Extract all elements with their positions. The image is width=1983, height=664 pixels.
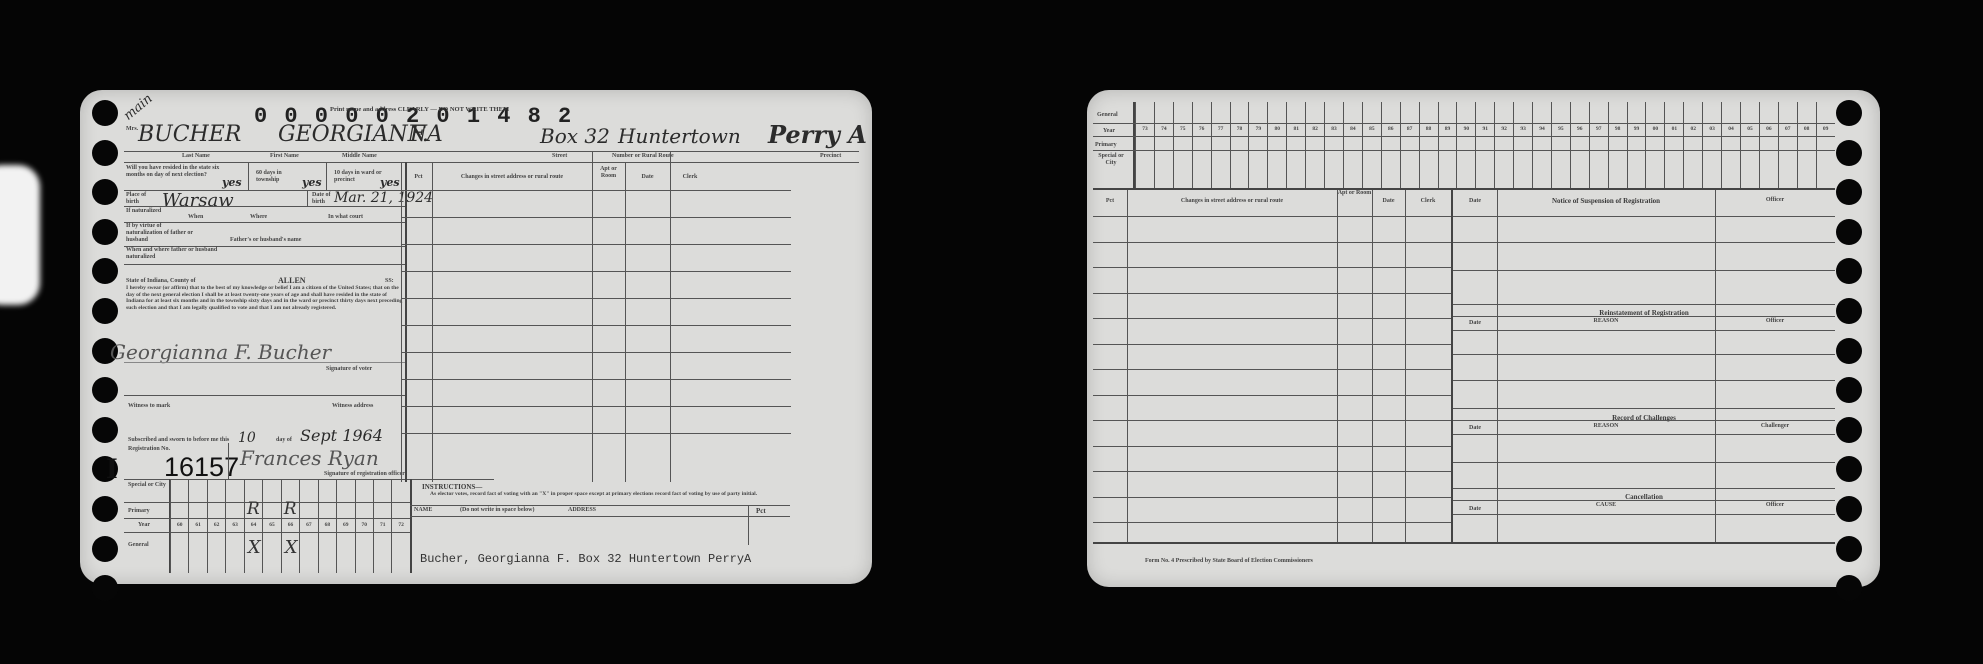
middle-name-label: Middle Name: [342, 153, 377, 160]
date-of-birth-label: Date of birth: [312, 192, 336, 206]
middle-name: F.: [410, 122, 429, 147]
year-column-87: 87: [1400, 102, 1419, 188]
year-column-98: 98: [1608, 102, 1627, 188]
section-row-rule: [1453, 408, 1835, 409]
precinct: Perry A: [768, 120, 867, 149]
year-column-99: 99: [1627, 102, 1646, 188]
subscribed-text: Subscribed and sworn to before me this: [128, 437, 229, 444]
section-row-rule: [1453, 330, 1835, 331]
year-column-09: 09: [1816, 102, 1835, 188]
header-date: Date: [625, 174, 670, 181]
year-column-77: 77: [1211, 102, 1230, 188]
back-header-apt: Apt or Room: [1337, 190, 1372, 197]
table-row-rule: [1093, 420, 1451, 421]
section-row-rule: [1453, 242, 1835, 243]
form-footer: Form No. 4 Prescribed by State Board of …: [1145, 558, 1313, 565]
section-row-rule: [1453, 434, 1835, 435]
witness-address-label: Witness address: [332, 403, 373, 410]
table-row-rule: [1093, 497, 1451, 498]
when-where-naturalized-label: When and where father or husband natural…: [126, 247, 222, 261]
title-prefix: Mrs.: [126, 126, 138, 133]
year-label: 66: [282, 522, 299, 528]
last-name: BUCHER: [138, 122, 241, 147]
header-clerk: Clerk: [670, 174, 710, 181]
year-column-82: 82: [1305, 102, 1324, 188]
year-column-79: 79: [1248, 102, 1267, 188]
year-column-69: 69: [336, 479, 354, 573]
section-row-rule: [1453, 316, 1835, 317]
cancellation-date-label: Date: [1453, 506, 1497, 513]
table-row-rule: [401, 217, 791, 218]
table-row-rule: [401, 433, 791, 434]
year-column-71: 71: [373, 479, 391, 573]
oath-state-line: State of Indiana, County of: [126, 278, 196, 285]
challenges-challenger-label: Challenger: [1715, 423, 1835, 430]
first-name-label: First Name: [270, 153, 299, 160]
by-virtue-label: If by virtue of naturalization of father…: [126, 223, 198, 244]
year-column-64: 64RX: [244, 479, 262, 573]
year-column-08: 08: [1797, 102, 1816, 188]
year-label: 71: [374, 522, 391, 528]
year-column-73: 73: [1135, 102, 1154, 188]
year-label: 60: [171, 522, 188, 528]
section-row-rule: [1453, 270, 1835, 271]
year-column-01: 01: [1664, 102, 1683, 188]
precinct-label: Precinct: [820, 153, 841, 160]
street-label: Street: [552, 153, 567, 160]
year-column-04: 04: [1721, 102, 1740, 188]
header-instruction: Print name and address CLEARLY — DO NOT …: [330, 106, 509, 113]
table-row-rule: [1093, 522, 1451, 523]
reinstatement-officer-label: Officer: [1715, 318, 1835, 325]
row-label-special: Special or City: [124, 482, 170, 489]
back-year-columns: 7374757677787980818283848586878889909192…: [1135, 102, 1835, 188]
subscribed-dayof: day of: [276, 437, 292, 444]
instructions-name-label: NAME: [414, 507, 432, 514]
oath-county: ALLEN: [278, 276, 306, 285]
section-row-rule: [1453, 420, 1835, 421]
year-column-66: 66RX: [281, 479, 299, 573]
row-label-general: General: [128, 542, 149, 549]
table-row-rule: [401, 244, 791, 245]
header-changes: Changes in street address or rural route: [432, 174, 592, 181]
section-row-rule: [1453, 304, 1835, 305]
section-row-rule: [1453, 500, 1835, 501]
general-vote-mark: X: [248, 537, 261, 558]
front-year-columns: 6061626364RX6566RX676869707172: [170, 479, 410, 573]
back-row-label-primary: Primary: [1095, 142, 1117, 149]
last-name-label: Last Name: [182, 153, 210, 160]
year-column-93: 93: [1513, 102, 1532, 188]
year-column-06: 06: [1759, 102, 1778, 188]
section-row-rule: [1453, 462, 1835, 463]
year-column-85: 85: [1362, 102, 1381, 188]
year-column-07: 07: [1778, 102, 1797, 188]
registration-letter: I: [106, 452, 118, 486]
table-row-rule: [1093, 267, 1451, 268]
back-header-clerk: Clerk: [1405, 198, 1451, 205]
section-row-rule: [1453, 380, 1835, 381]
table-row-rule: [1093, 395, 1451, 396]
table-row-rule: [1093, 242, 1451, 243]
table-row-rule: [1093, 369, 1451, 370]
year-column-89: 89: [1438, 102, 1457, 188]
table-row-rule: [1093, 471, 1451, 472]
year-column-62: 62: [207, 479, 225, 573]
witness-mark-label: Witness to mark: [128, 403, 170, 410]
residency-q1-label: Will you have resided in the state six m…: [126, 165, 226, 179]
year-label: 69: [337, 522, 354, 528]
typed-name-address-line: Bucher, Georgianna F. Box 32 Huntertown …: [420, 552, 751, 566]
suspension-officer-label: Officer: [1715, 197, 1835, 204]
year-column-63: 63: [225, 479, 243, 573]
year-column-72: 72: [391, 479, 409, 573]
year-column-61: 61: [188, 479, 206, 573]
voter-registration-card-front: main 0 0 0 0 0 2 0 1 4 8 2 Print name an…: [80, 90, 872, 584]
year-column-97: 97: [1589, 102, 1608, 188]
year-label: 68: [319, 522, 336, 528]
naturalized-label: If naturalized: [126, 208, 166, 215]
primary-vote-mark: R: [284, 499, 297, 519]
year-column-03: 03: [1702, 102, 1721, 188]
table-row-rule: [1093, 293, 1451, 294]
instructions-note-label: (Do not write in space below): [460, 507, 535, 514]
section-row-rule: [1453, 216, 1835, 217]
back-row-label-general: General: [1097, 112, 1118, 119]
number-label: Number or Rural Route: [612, 153, 674, 160]
year-label: 64: [245, 522, 262, 528]
year-column-65: 65: [262, 479, 280, 573]
suspension-date-label: Date: [1453, 198, 1497, 205]
year-column-76: 76: [1192, 102, 1211, 188]
table-row-rule: [401, 325, 791, 326]
subscribed-day: 10: [238, 430, 256, 446]
table-row-rule: [401, 352, 791, 353]
section-row-rule: [1453, 488, 1835, 489]
naturalized-court-label: In what court: [328, 214, 363, 221]
date-of-birth: Mar. 21, 1924: [334, 190, 433, 206]
year-label: 67: [300, 522, 317, 528]
instructions-address-label: ADDRESS: [568, 507, 596, 514]
back-header-changes: Changes in street address or rural route: [1127, 198, 1337, 205]
year-column-95: 95: [1551, 102, 1570, 188]
year-column-05: 05: [1740, 102, 1759, 188]
year-column-74: 74: [1154, 102, 1173, 188]
year-column-67: 67: [299, 479, 317, 573]
instructions-title: INSTRUCTIONS—: [422, 483, 482, 491]
place-of-birth: Warsaw: [162, 190, 234, 211]
year-column-84: 84: [1343, 102, 1362, 188]
year-column-81: 81: [1286, 102, 1305, 188]
residency-q3-answer: yes: [380, 176, 400, 189]
oath-ss: SS:: [385, 278, 394, 285]
section-row-rule: [1453, 354, 1835, 355]
officer-signature: Frances Ryan: [240, 446, 379, 470]
year-column-68: 68: [318, 479, 336, 573]
general-vote-mark: X: [285, 537, 298, 558]
table-row-rule: [1093, 446, 1451, 447]
residency-q1-answer: yes: [222, 176, 242, 189]
year-column-94: 94: [1532, 102, 1551, 188]
table-row-rule: [1093, 344, 1451, 345]
year-column-96: 96: [1570, 102, 1589, 188]
father-name-label: Father's or husband's name: [230, 237, 301, 244]
header-apt: Apt or Room: [592, 166, 625, 180]
year-column-83: 83: [1324, 102, 1343, 188]
officer-signature-label: Signature of registration officer: [324, 471, 405, 478]
header-pct: Pct: [405, 174, 432, 181]
residency-q2-label: 60 days in township: [256, 170, 306, 184]
adjacent-card-edge: [0, 165, 40, 305]
back-row-label-special: Special or City: [1093, 153, 1129, 167]
table-row-rule: [401, 271, 791, 272]
table-row-rule: [1093, 216, 1451, 217]
instructions-text: As elector votes, record fact of voting …: [430, 491, 810, 498]
place-of-birth-label: Place of birth: [126, 192, 158, 206]
table-row-rule: [1093, 318, 1451, 319]
table-row-rule: [401, 379, 791, 380]
naturalized-when-label: When: [188, 214, 203, 221]
year-column-00: 00: [1645, 102, 1664, 188]
residency-q2-answer: yes: [302, 176, 322, 189]
oath-text: I hereby swear (or affirm) that to the b…: [126, 285, 404, 311]
year-label: 61: [189, 522, 206, 528]
year-column-80: 80: [1267, 102, 1286, 188]
primary-vote-mark: R: [247, 499, 260, 519]
year-label: 65: [263, 522, 280, 528]
street: Box 32: [540, 124, 610, 148]
back-header-pct: Pct: [1093, 198, 1127, 205]
table-row-rule: [401, 406, 791, 407]
year-column-78: 78: [1230, 102, 1249, 188]
subscribed-month-year: Sept 1964: [300, 426, 383, 445]
cancellation-cause-label: CAUSE: [1497, 502, 1715, 509]
year-column-92: 92: [1494, 102, 1513, 188]
signature-label: Signature of voter: [326, 366, 372, 373]
table-row-rule: [401, 190, 791, 191]
row-label-year: Year: [138, 522, 150, 529]
reinstatement-date-label: Date: [1453, 320, 1497, 327]
cancellation-officer-label: Officer: [1715, 502, 1835, 509]
year-label: 63: [226, 522, 243, 528]
suspension-title: Notice of Suspension of Registration: [1497, 197, 1715, 205]
punch-holes: [1836, 100, 1866, 601]
back-header-date: Date: [1372, 198, 1405, 205]
challenges-date-label: Date: [1453, 425, 1497, 432]
challenges-reason-label: REASON: [1497, 423, 1715, 430]
year-column-70: 70: [355, 479, 373, 573]
year-column-02: 02: [1683, 102, 1702, 188]
voter-registration-card-back: General Year Primary Special or City 737…: [1087, 90, 1880, 587]
year-column-88: 88: [1419, 102, 1438, 188]
corner-note: main: [121, 91, 156, 123]
back-row-label-year: Year: [1103, 128, 1115, 135]
naturalized-where-label: Where: [250, 214, 267, 221]
section-row-rule: [1453, 514, 1835, 515]
number-or-route: Huntertown: [618, 124, 741, 148]
table-row-rule: [401, 298, 791, 299]
year-column-86: 86: [1381, 102, 1400, 188]
year-label: 72: [392, 522, 409, 528]
reinstatement-reason-label: REASON: [1497, 318, 1715, 325]
instructions-pct-label: Pct: [756, 507, 766, 515]
year-column-75: 75: [1173, 102, 1192, 188]
year-column-91: 91: [1475, 102, 1494, 188]
year-column-60: 60: [170, 479, 188, 573]
year-column-90: 90: [1456, 102, 1475, 188]
voter-signature: Georgianna F. Bucher: [110, 340, 331, 364]
row-label-primary: Primary: [128, 508, 150, 515]
year-label: 62: [208, 522, 225, 528]
year-label: 70: [356, 522, 373, 528]
